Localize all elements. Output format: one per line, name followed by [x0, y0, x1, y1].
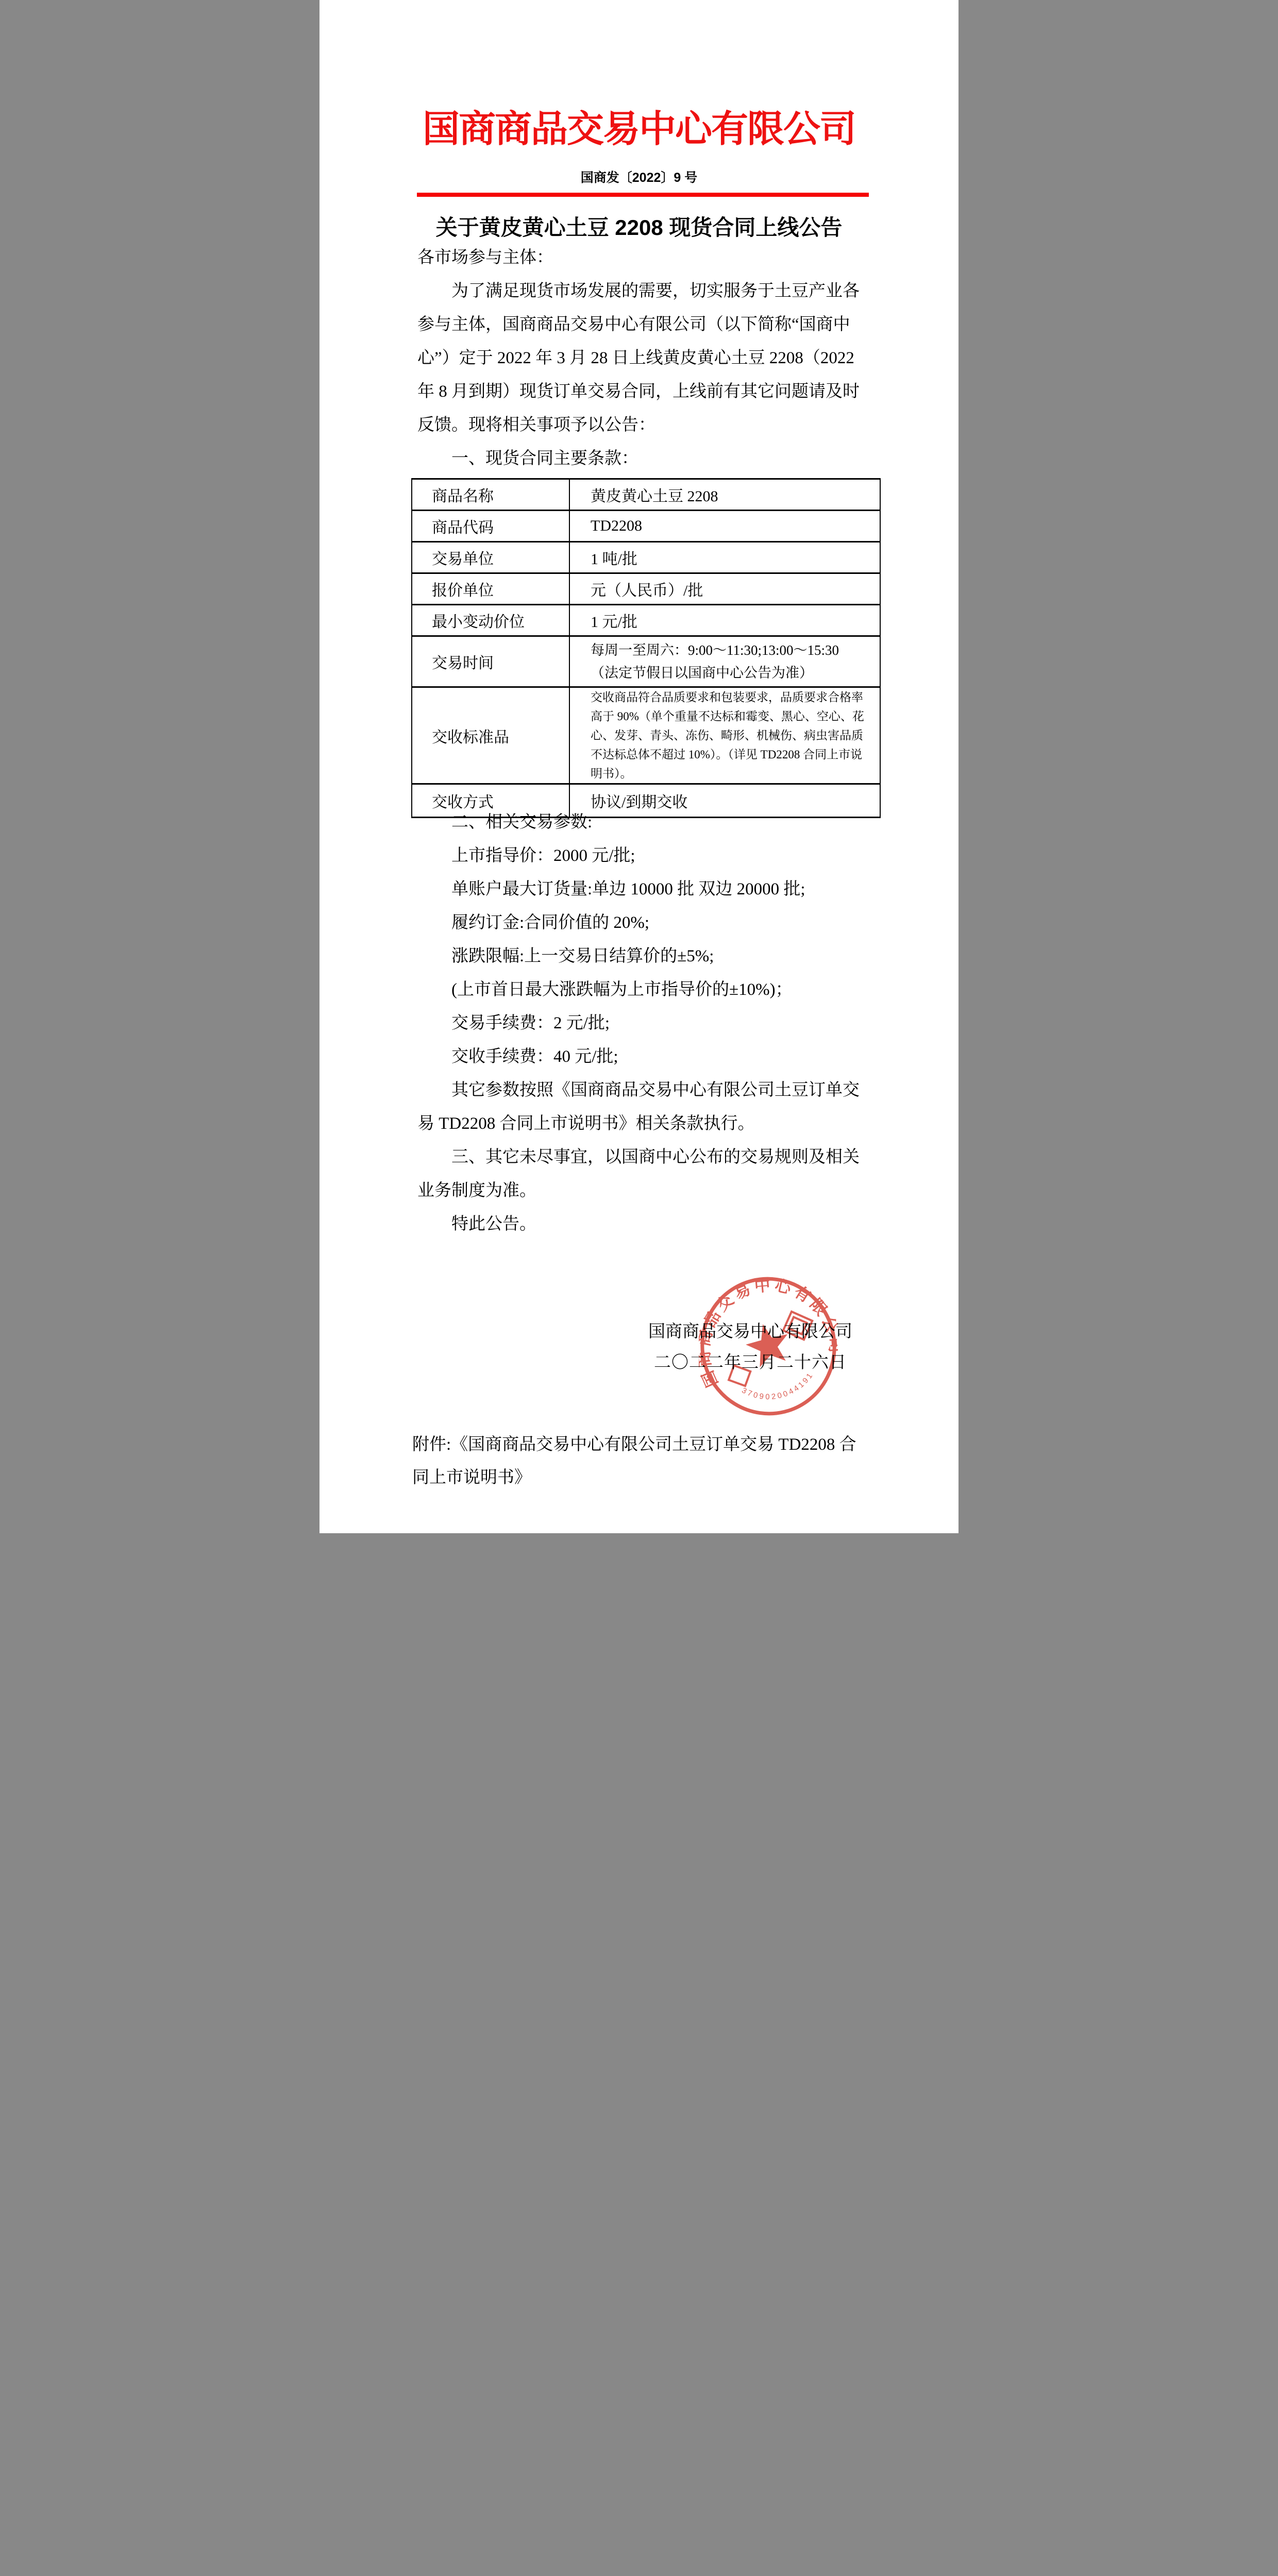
- trading-parameters: 二、相关交易参数: 上市指导价：2000 元/批; 单账户最大订货量:单边 10…: [417, 806, 871, 1241]
- row-value: 1 元/批: [569, 605, 880, 636]
- table-row: 报价单位 元（人民币）/批: [412, 573, 880, 605]
- intro-line: 为了满足现货市场发展的需要，切实服务于土豆产业各: [417, 275, 870, 308]
- attachment-note: 附件:《国商商品交易中心有限公司土豆订单交易 TD2208 合 同上市说明书》: [412, 1428, 876, 1494]
- intro-line: 年 8 月到期）现货订单交易合同，上线前有其它问题请及时: [417, 375, 870, 409]
- table-row: 最小变动价位 1 元/批: [412, 605, 880, 636]
- row-label: 报价单位: [412, 573, 569, 605]
- row-label: 最小变动价位: [412, 605, 569, 636]
- salutation: 各市场参与主体：: [417, 241, 870, 275]
- row-label: 交易时间: [412, 636, 569, 687]
- announcement-document: 国商商品交易中心有限公司 国商发〔2022〕9 号 关于黄皮黄心土豆 2208 …: [320, 0, 959, 1533]
- red-divider-line: [417, 193, 869, 197]
- param-line: 其它参数按照《国商商品交易中心有限公司土豆订单交: [417, 1074, 871, 1107]
- section2-heading: 二、相关交易参数:: [417, 806, 871, 839]
- signature-company: 国商商品交易中心有限公司: [637, 1320, 864, 1344]
- table-row: 交易时间 每周一至周六：9:00～11:30;13:00～15:30 （法定节假…: [412, 636, 880, 687]
- table-row: 交易单位 1 吨/批: [412, 542, 880, 573]
- param-line: 交易手续费：2 元/批;: [417, 1007, 871, 1040]
- param-line: (上市首日最大涨跌幅为上市指导价的±10%)；: [417, 973, 871, 1007]
- param-line: 单账户最大订货量:单边 10000 批 双边 20000 批;: [417, 873, 871, 906]
- row-value: TD2208: [569, 511, 880, 542]
- row-label: 商品名称: [412, 479, 569, 511]
- svg-text:3709020044191: 3709020044191: [738, 1369, 819, 1409]
- section1-heading: 一、现货合同主要条款：: [417, 442, 870, 476]
- row-value: 元（人民币）/批: [569, 573, 880, 605]
- section3-line: 业务制度为准。: [417, 1174, 871, 1208]
- row-value: 每周一至周六：9:00～11:30;13:00～15:30 （法定节假日以国商中…: [569, 636, 880, 687]
- intro-line: 心”）定于 2022 年 3 月 28 日上线黄皮黄心土豆 2208（2022: [417, 342, 870, 375]
- row-value: 1 吨/批: [569, 542, 880, 573]
- attachment-line: 附件:《国商商品交易中心有限公司土豆订单交易 TD2208 合: [412, 1428, 876, 1461]
- intro-line: 参与主体，国商商品交易中心有限公司（以下简称“国商中: [417, 308, 870, 342]
- seal-ring: [699, 1277, 838, 1416]
- seal-serial-number: 3709020044191: [738, 1369, 819, 1409]
- announcement-body: 各市场参与主体： 为了满足现货市场发展的需要，切实服务于土豆产业各 参与主体，国…: [417, 241, 870, 476]
- attachment-line: 同上市说明书》: [412, 1461, 876, 1494]
- param-line: 易 TD2208 合同上市说明书》相关条款执行。: [417, 1107, 871, 1141]
- signature-date: 二〇二二年三月二十六日: [637, 1351, 864, 1375]
- param-line: 履约订金:合同价值的 20%;: [417, 906, 871, 940]
- company-title: 国商商品交易中心有限公司: [320, 99, 959, 152]
- param-line: 涨跌限幅:上一交易日结算价的±5%;: [417, 940, 871, 973]
- closing-line: 特此公告。: [417, 1208, 871, 1241]
- table-row: 商品名称 黄皮黄心土豆 2208: [412, 479, 880, 511]
- param-line: 上市指导价：2000 元/批;: [417, 839, 871, 873]
- announcement-heading: 关于黄皮黄心土豆 2208 现货合同上线公告: [320, 215, 959, 241]
- row-value: 黄皮黄心土豆 2208: [569, 479, 880, 511]
- official-seal: 国商商品交易中心有限公司 3709020044191: [699, 1277, 838, 1416]
- section3-line: 三、其它未尽事宜，以国商中心公布的交易规则及相关: [417, 1141, 871, 1174]
- table-row: 商品代码 TD2208: [412, 511, 880, 542]
- doc-number: 国商发〔2022〕9 号: [320, 168, 959, 188]
- intro-line: 反馈。现将相关事项予以公告：: [417, 409, 870, 442]
- row-value: 交收商品符合品质要求和包装要求，品质要求合格率高于 90%（单个重量不达标和霉变…: [569, 687, 880, 784]
- row-label: 交收标准品: [412, 687, 569, 784]
- contract-terms-table: 商品名称 黄皮黄心土豆 2208 商品代码 TD2208 交易单位 1 吨/批 …: [411, 478, 881, 818]
- table-row: 交收标准品 交收商品符合品质要求和包装要求，品质要求合格率高于 90%（单个重量…: [412, 687, 880, 784]
- param-line: 交收手续费：40 元/批;: [417, 1040, 871, 1074]
- row-label: 交易单位: [412, 542, 569, 573]
- row-label: 商品代码: [412, 511, 569, 542]
